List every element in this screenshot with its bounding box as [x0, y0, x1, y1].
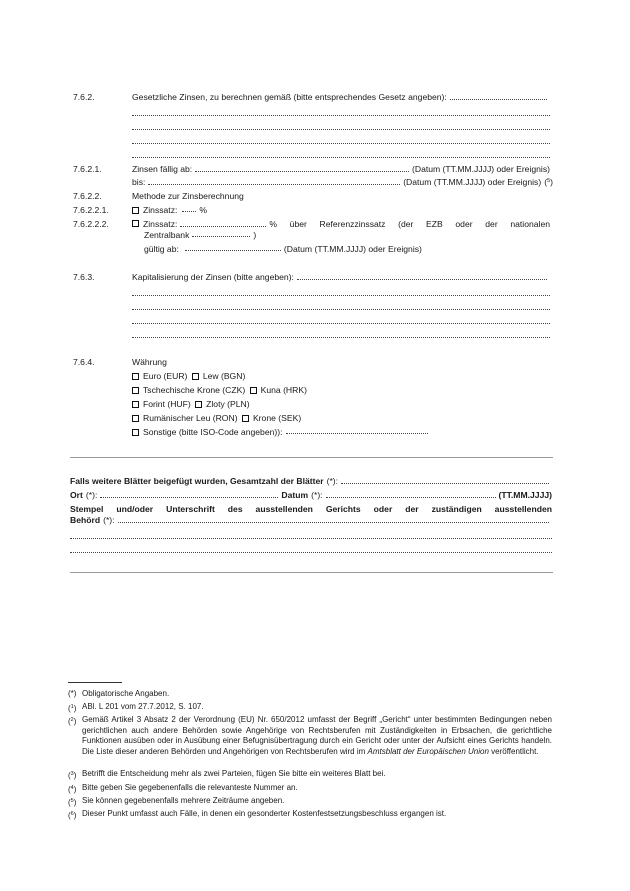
section-number-7-6-2-2-2: 7.6.2.2.2. — [73, 219, 109, 229]
fixed-rate-field[interactable] — [182, 211, 196, 212]
legal-interest-field[interactable] — [450, 99, 547, 100]
legal-interest-line-4[interactable] — [132, 157, 550, 158]
footnote-text: Dieser Punkt umfasst auch Fälle, in dene… — [82, 809, 552, 820]
separator-bottom — [70, 572, 553, 573]
interest-due-to-field[interactable] — [148, 184, 400, 185]
interest-due-from-field[interactable] — [195, 171, 409, 172]
footnote-1: (1) ABl. L 201 vom 27.7.2012, S. 107. — [68, 702, 552, 713]
currency-label: Währung — [132, 357, 167, 367]
stamp-field[interactable] — [118, 522, 549, 523]
footnote-mark: (3) — [68, 769, 76, 782]
legal-interest-line-3[interactable] — [132, 143, 550, 144]
capitalisation-label: Kapitalisierung der Zinsen (bitte angebe… — [132, 272, 294, 282]
legal-interest-row: Gesetzliche Zinsen, zu berechnen gemäß (… — [132, 92, 550, 102]
place-label: Ort — [70, 490, 83, 500]
central-bank-field[interactable] — [192, 236, 250, 237]
sheets-total-mark: (*): — [327, 476, 338, 486]
fixed-rate-checkbox[interactable] — [132, 207, 139, 214]
place-field[interactable] — [100, 497, 278, 498]
currency-eur-label: Euro (EUR) — [143, 371, 187, 381]
currency-hrk-checkbox[interactable] — [250, 387, 257, 394]
date-mark: (*): — [311, 490, 322, 500]
footnote-text: Betrifft die Entscheidung mehr als zwei … — [82, 769, 552, 780]
legal-interest-label: Gesetzliche Zinsen, zu berechnen gemäß (… — [132, 92, 447, 102]
valid-from-label: gültig ab: — [144, 244, 179, 254]
currency-huf-label: Forint (HUF) — [143, 399, 191, 409]
section-number-7-6-2-2: 7.6.2.2. — [73, 191, 102, 201]
currency-czk-checkbox[interactable] — [132, 387, 139, 394]
footnote-mark: (6) — [68, 809, 76, 822]
footnote-6: (6) Dieser Punkt umfasst auch Fälle, in … — [68, 809, 552, 820]
section-number-7-6-4: 7.6.4. — [73, 357, 95, 367]
reference-rate-option: Zinssatz: % über Referenzzinssatz (der E… — [132, 219, 550, 229]
place-mark: (*): — [86, 490, 97, 500]
currency-bgn-label: Lew (BGN) — [203, 371, 246, 381]
currency-row-4: Rumänischer Leu (RON) Krone (SEK) — [132, 413, 301, 423]
valid-from-field[interactable] — [185, 250, 281, 251]
footnote-3: (3) Betrifft die Entscheidung mehr als z… — [68, 769, 552, 780]
stamp-row: Behörd (*): — [70, 515, 552, 525]
currency-ron-checkbox[interactable] — [132, 415, 139, 422]
footnote-asterisk: (*) Obligatorische Angaben. — [68, 689, 552, 700]
interest-due-from-label: Zinsen fällig ab: — [132, 164, 192, 174]
interest-due-from-suffix: (Datum (TT.MM.JJJJ) oder Ereignis) — [412, 164, 550, 174]
capitalisation-row: Kapitalisierung der Zinsen (bitte angebe… — [132, 272, 550, 282]
footnote-mark: (*) — [68, 689, 76, 700]
currency-row-5: Sonstige (bitte ISO-Code angeben)): — [132, 427, 431, 437]
footnote-text: ABl. L 201 vom 27.7.2012, S. 107. — [82, 702, 552, 713]
stamp-line-2[interactable] — [70, 552, 552, 553]
sheets-total-row: Falls weitere Blätter beigefügt wurden, … — [70, 476, 552, 486]
stamp-mark: (*): — [103, 515, 114, 525]
currency-pln-checkbox[interactable] — [195, 401, 202, 408]
interest-due-to-label: bis: — [132, 177, 145, 187]
reference-rate-field[interactable] — [180, 226, 266, 227]
interest-due-to-row: bis: (Datum (TT.MM.JJJJ) oder Ereignis) … — [132, 177, 553, 187]
currency-other-label: Sonstige (bitte ISO-Code angeben)): — [143, 427, 283, 437]
stamp-line-1[interactable] — [70, 538, 552, 539]
currency-huf-checkbox[interactable] — [132, 401, 139, 408]
place-date-row: Ort (*): Datum (*): (TT.MM.JJJJ) — [70, 490, 552, 500]
currency-row-3: Forint (HUF) Zloty (PLN) — [132, 399, 250, 409]
capitalisation-line-4[interactable] — [132, 337, 550, 338]
currency-ron-label: Rumänischer Leu (RON) — [143, 413, 238, 423]
calc-method-label: Methode zur Zinsberechnung — [132, 191, 244, 201]
footnote-mark: (4) — [68, 783, 76, 796]
stamp-label-cont: Behörd — [70, 515, 100, 525]
currency-sek-checkbox[interactable] — [242, 415, 249, 422]
legal-interest-line-2[interactable] — [132, 129, 550, 130]
footnote-text: Bitte geben Sie gegebenenfalls die relev… — [82, 783, 552, 794]
sheets-total-label: Falls weitere Blätter beigefügt wurden, … — [70, 476, 324, 486]
interest-due-to-suffix: (Datum (TT.MM.JJJJ) oder Ereignis) — [403, 177, 541, 187]
capitalisation-line-3[interactable] — [132, 323, 550, 324]
percent-sign: % — [199, 205, 207, 215]
central-bank-paren: ) — [253, 230, 256, 240]
central-bank-label: Zentralbank — [144, 230, 189, 240]
date-label: Datum — [281, 490, 308, 500]
currency-hrk-label: Kuna (HRK) — [261, 385, 307, 395]
currency-bgn-checkbox[interactable] — [192, 373, 199, 380]
reference-rate-text: % über Referenzzinssatz (der EZB oder de… — [269, 219, 550, 229]
currency-pln-label: Zloty (PLN) — [206, 399, 249, 409]
section-number-7-6-3: 7.6.3. — [73, 272, 95, 282]
currency-row-2: Tschechische Krone (CZK) Kuna (HRK) — [132, 385, 307, 395]
footnote-text: Sie können gegebenenfalls mehrere Zeiträ… — [82, 796, 552, 807]
currency-other-checkbox[interactable] — [132, 429, 139, 436]
date-field[interactable] — [326, 497, 496, 498]
footnote-mark: (1) — [68, 702, 76, 715]
currency-iso-field[interactable] — [286, 433, 428, 434]
valid-from-row: gültig ab:(Datum (TT.MM.JJJJ) oder Ereig… — [144, 244, 422, 254]
footnote-5: (5) Sie können gegebenenfalls mehrere Ze… — [68, 796, 552, 807]
currency-row-1: Euro (EUR) Lew (BGN) — [132, 371, 245, 381]
currency-eur-checkbox[interactable] — [132, 373, 139, 380]
date-format: (TT.MM.JJJJ) — [499, 490, 552, 500]
separator-top — [70, 457, 553, 458]
currency-czk-label: Tschechische Krone (CZK) — [143, 385, 245, 395]
legal-interest-line-1[interactable] — [132, 115, 550, 116]
footnote-mark: (2) — [68, 715, 76, 728]
currency-sek-label: Krone (SEK) — [253, 413, 301, 423]
footnote-ref-5: (5) — [544, 177, 553, 187]
capitalisation-field[interactable] — [297, 279, 547, 280]
central-bank-row: Zentralbank) — [144, 230, 256, 240]
footnote-mark: (5) — [68, 796, 76, 809]
fixed-rate-label: Zinssatz: — [143, 205, 177, 215]
footnote-text: Gemäß Artikel 3 Absatz 2 der Verordnung … — [82, 715, 552, 757]
reference-rate-checkbox[interactable] — [132, 220, 139, 227]
section-number-7-6-2: 7.6.2. — [73, 92, 95, 102]
footnote-4: (4) Bitte geben Sie gegebenenfalls die r… — [68, 783, 552, 794]
interest-due-from-row: Zinsen fällig ab: (Datum (TT.MM.JJJJ) od… — [132, 164, 550, 174]
footnote-text: Obligatorische Angaben. — [82, 689, 552, 700]
footnote-rule — [68, 682, 122, 683]
capitalisation-line-1[interactable] — [132, 295, 550, 296]
valid-from-suffix: (Datum (TT.MM.JJJJ) oder Ereignis) — [284, 244, 422, 254]
footnote-2: (2) Gemäß Artikel 3 Absatz 2 der Verordn… — [68, 715, 552, 757]
section-number-7-6-2-1: 7.6.2.1. — [73, 164, 102, 174]
sheets-total-field[interactable] — [341, 483, 549, 484]
capitalisation-line-2[interactable] — [132, 309, 550, 310]
section-number-7-6-2-2-1: 7.6.2.2.1. — [73, 205, 109, 215]
stamp-label: Stempel und/oder Unterschrift des ausste… — [70, 504, 552, 514]
fixed-rate-option: Zinssatz:% — [132, 205, 207, 215]
reference-rate-label: Zinssatz: — [143, 219, 177, 229]
